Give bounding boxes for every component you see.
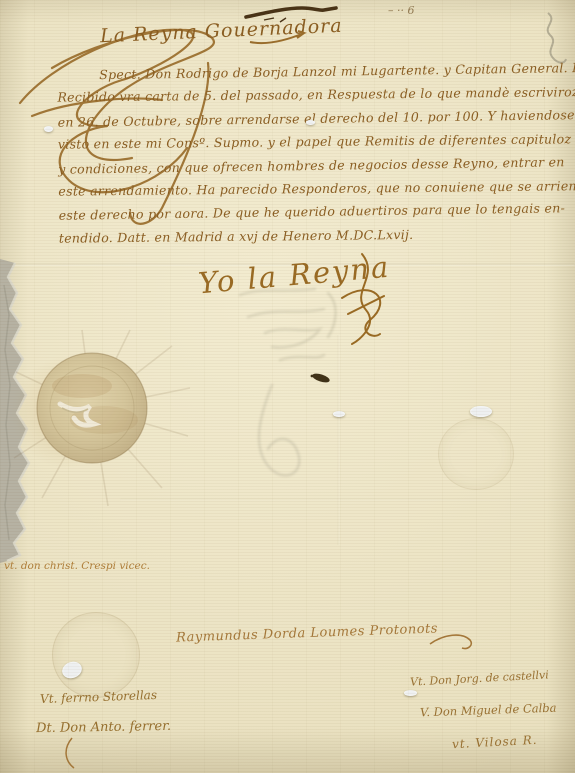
signature-descender: [52, 736, 88, 772]
heading-swash: [248, 28, 310, 46]
seal-impression-right: [438, 418, 514, 490]
show-through-marks: [220, 285, 390, 490]
seal-impression-left: [52, 612, 140, 698]
paper-hole: [404, 690, 417, 696]
paper-hole: [306, 120, 315, 125]
folio-mark: – ·· 6: [388, 4, 415, 17]
protonotary-swash: [428, 626, 478, 652]
ink-blob: [308, 371, 334, 385]
paper-seal: [12, 328, 192, 508]
paper-hole: [333, 411, 345, 417]
ink-offset-mark: [240, 2, 360, 26]
manuscript-scan: La Reyna Gouernadora – ·· 6 Spect. Don R…: [0, 0, 575, 773]
body-text: Spect. Don Rodrigo de Borja Lanzol mi Lu…: [57, 57, 571, 249]
marginal-note: vt. don christ. Crespi vicec.: [4, 560, 150, 572]
paper-hole: [44, 126, 53, 132]
paper-hole: [470, 406, 492, 417]
regent-signature-left-2: Dt. Don Anto. ferrer.: [36, 719, 171, 736]
